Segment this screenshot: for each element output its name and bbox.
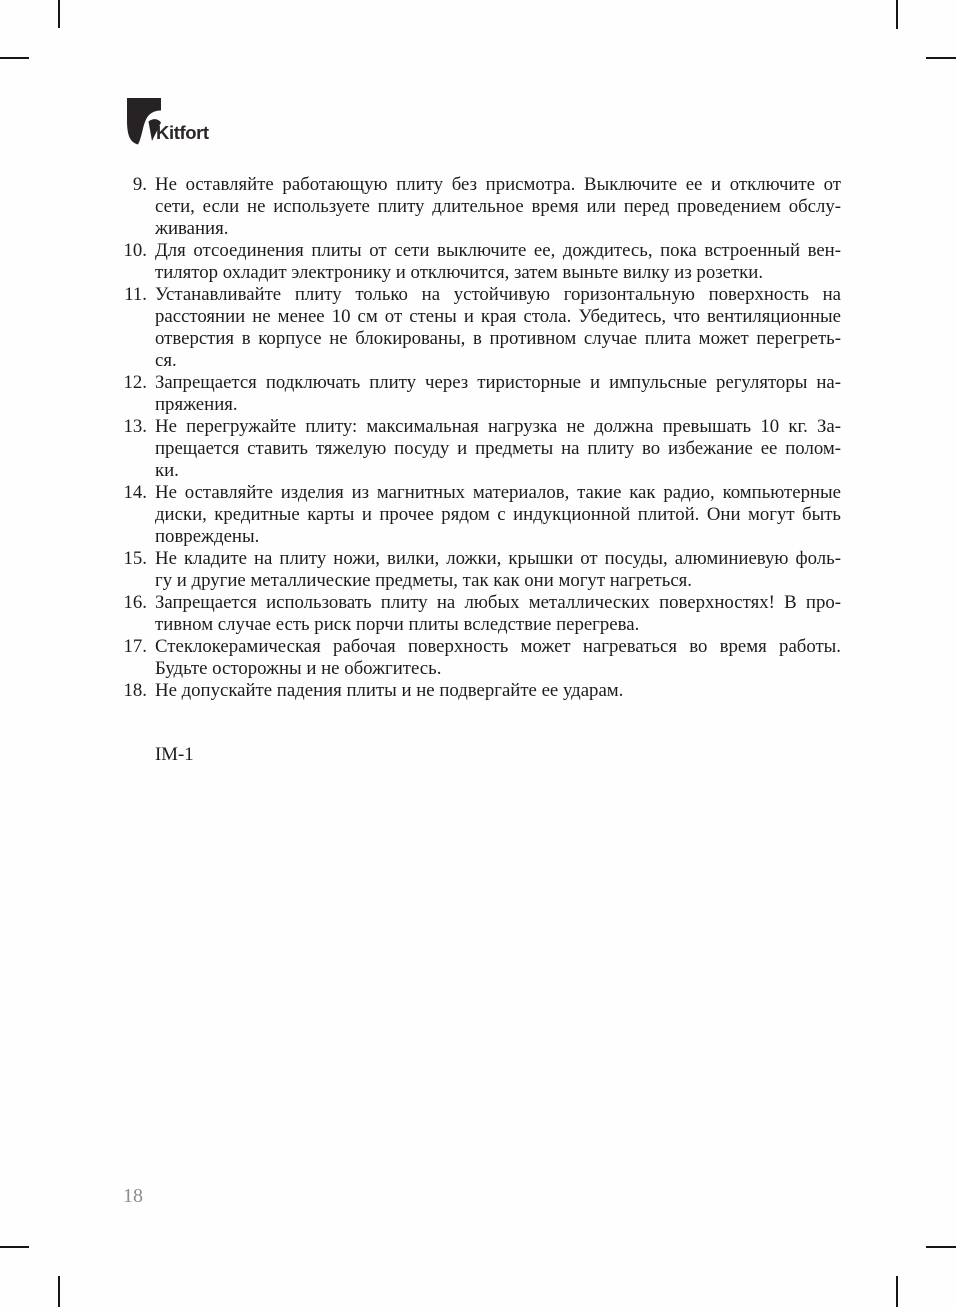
list-item-text-line: Для отсоединения плиты от сети выключите… (155, 240, 841, 262)
list-item-text: Не кладите на плиту ножи, вилки, ложки, … (155, 548, 841, 592)
list-item-text: Для отсоединения плиты от сети выключите… (155, 240, 841, 284)
list-item-number: 14. (121, 482, 147, 504)
list-item-number: 17. (121, 636, 147, 658)
list-item-text-line: Не оставляйте работающую плиту без присм… (155, 174, 841, 196)
list-item-number: 9. (121, 174, 147, 196)
list-item-text-line: Не оставляйте изделия из магнитных матер… (155, 482, 841, 504)
crop-mark-bottom-right-horizontal (926, 1246, 956, 1248)
list-item-number: 12. (121, 372, 147, 394)
list-item: 17.Стеклокерамическая рабочая поверхност… (121, 636, 845, 680)
list-item-text: Стеклокерамическая рабочая поверхность м… (155, 636, 841, 680)
list-item-text-line: Будьте осторожны и не обожгитесь. (155, 658, 841, 680)
page-number: 18 (123, 1184, 143, 1208)
crop-mark-top-right-horizontal (926, 57, 956, 59)
list-item-text-line: прещается ставить тяжелую посуду и предм… (155, 438, 841, 460)
list-item: 16.Запрещается использовать плиту на люб… (121, 592, 845, 636)
list-item: 13.Не перегружайте плиту: максимальная н… (121, 416, 845, 482)
list-item-text-line: расстоянии не менее 10 см от стены и кра… (155, 306, 841, 328)
brand-logo: Kitfort (127, 98, 287, 158)
list-item-text-line: Устанавливайте плиту только на устойчиву… (155, 284, 841, 306)
list-item-text-line: гу и другие металлические предметы, так … (155, 570, 841, 592)
list-item-number: 18. (121, 680, 147, 702)
list-item: 15.Не кладите на плиту ножи, вилки, ложк… (121, 548, 845, 592)
list-item-text-line: сети, если не используете плиту длительн… (155, 196, 841, 218)
crop-mark-bottom-left-horizontal (0, 1246, 29, 1248)
list-item-text-line: ки. (155, 460, 841, 482)
list-item-text-line: пряжения. (155, 394, 841, 416)
manual-page: Kitfort 9.Не оставляйте работающую плиту… (0, 0, 956, 1307)
list-item-number: 10. (121, 240, 147, 262)
list-item-text-line: Стеклокерамическая рабочая поверхность м… (155, 636, 841, 658)
list-item: 14.Не оставляйте изделия из магнитных ма… (121, 482, 845, 548)
safety-instructions-list: 9.Не оставляйте работающую плиту без при… (121, 174, 845, 702)
brand-wordmark: Kitfort (156, 124, 209, 142)
document-code: IM-1 (155, 744, 194, 766)
list-item-text-line: повреждены. (155, 526, 841, 548)
list-item: 9.Не оставляйте работающую плиту без при… (121, 174, 845, 240)
list-item-text-line: отверстия в корпусе не блокированы, в пр… (155, 328, 841, 350)
list-item-text-line: тилятор охладит электронику и отключится… (155, 262, 841, 284)
list-item-text-line: Не кладите на плиту ножи, вилки, ложки, … (155, 548, 841, 570)
list-item-text-line: диски, кредитные карты и прочее рядом с … (155, 504, 841, 526)
list-item-number: 16. (121, 592, 147, 614)
list-item: 18.Не допускайте падения плиты и не подв… (121, 680, 845, 702)
list-item-text: Не оставляйте работающую плиту без присм… (155, 174, 841, 240)
list-item-text-line: тивном случае есть риск порчи плиты всле… (155, 614, 841, 636)
list-item-text-line: Запрещается подключать плиту через тирис… (155, 372, 841, 394)
list-item-text-line: Не допускайте падения плиты и не подверг… (155, 680, 841, 702)
list-item: 11.Устанавливайте плиту только на устойч… (121, 284, 845, 372)
crop-mark-top-left-vertical (58, 0, 60, 28)
crop-mark-top-right-vertical (896, 0, 898, 29)
list-item-text: Не перегружайте плиту: максимальная нагр… (155, 416, 841, 482)
list-item-number: 11. (121, 284, 147, 306)
list-item-text: Не оставляйте изделия из магнитных матер… (155, 482, 841, 548)
crop-mark-bottom-left-vertical (58, 1276, 60, 1307)
list-item-number: 15. (121, 548, 147, 570)
list-item-text-line: Не перегружайте плиту: максимальная нагр… (155, 416, 841, 438)
list-item: 12.Запрещается подключать плиту через ти… (121, 372, 845, 416)
crop-mark-top-left-horizontal (0, 57, 29, 59)
list-item: 10.Для отсоединения плиты от сети выключ… (121, 240, 845, 284)
list-item-text-line: ся. (155, 350, 841, 372)
list-item-text: Запрещается использовать плиту на любых … (155, 592, 841, 636)
list-item-text: Устанавливайте плиту только на устойчиву… (155, 284, 841, 372)
list-item-text-line: Запрещается использовать плиту на любых … (155, 592, 841, 614)
crop-mark-bottom-right-vertical (896, 1276, 898, 1307)
list-item-number: 13. (121, 416, 147, 438)
list-item-text: Не допускайте падения плиты и не подверг… (155, 680, 841, 702)
list-item-text: Запрещается подключать плиту через тирис… (155, 372, 841, 416)
list-item-text-line: живания. (155, 218, 841, 240)
